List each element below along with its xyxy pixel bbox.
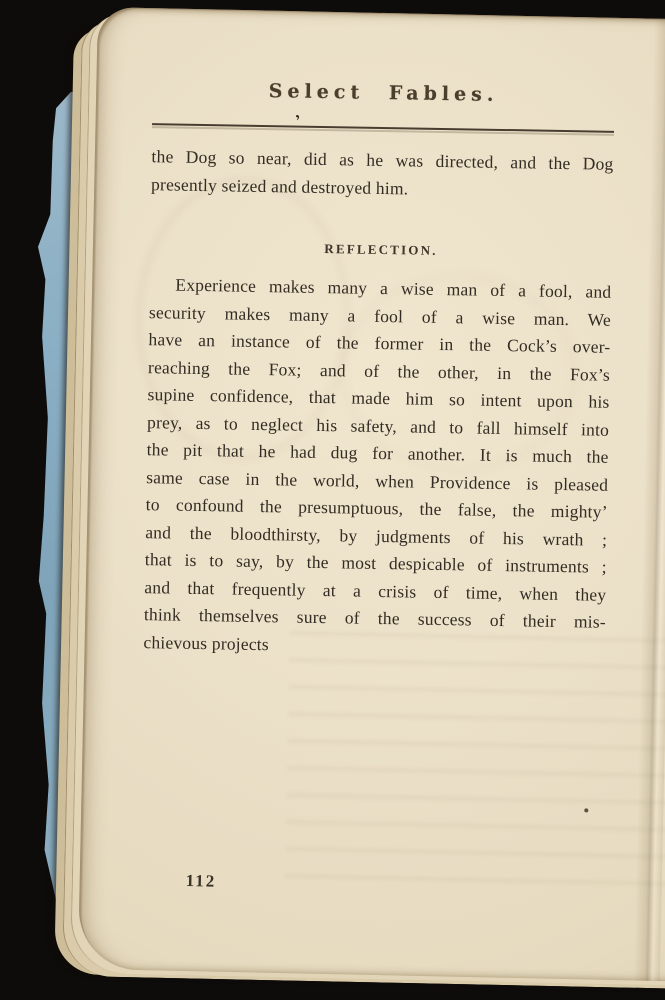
reflection-heading: REFLECTION. xyxy=(150,238,612,262)
stray-ink-mark: , xyxy=(291,104,302,122)
gutter-crease xyxy=(634,19,665,981)
scanned-book-photo: Select Fables. , the Dog so near, did as… xyxy=(0,0,665,1000)
page-number: 112 xyxy=(186,871,217,892)
ink-speck xyxy=(584,808,588,812)
book-page: Select Fables. , the Dog so near, did as… xyxy=(78,7,665,982)
header-rule xyxy=(152,123,614,133)
page-content: Select Fables. , the Dog so near, did as… xyxy=(143,8,616,664)
opening-paragraph: the Dog so near, did as he was directed,… xyxy=(151,142,614,206)
showthrough-text-ghost xyxy=(285,631,665,894)
running-header-title: Select Fables. xyxy=(152,77,614,109)
reflection-paragraph: Experience makes many a wise man of a fo… xyxy=(143,271,611,664)
